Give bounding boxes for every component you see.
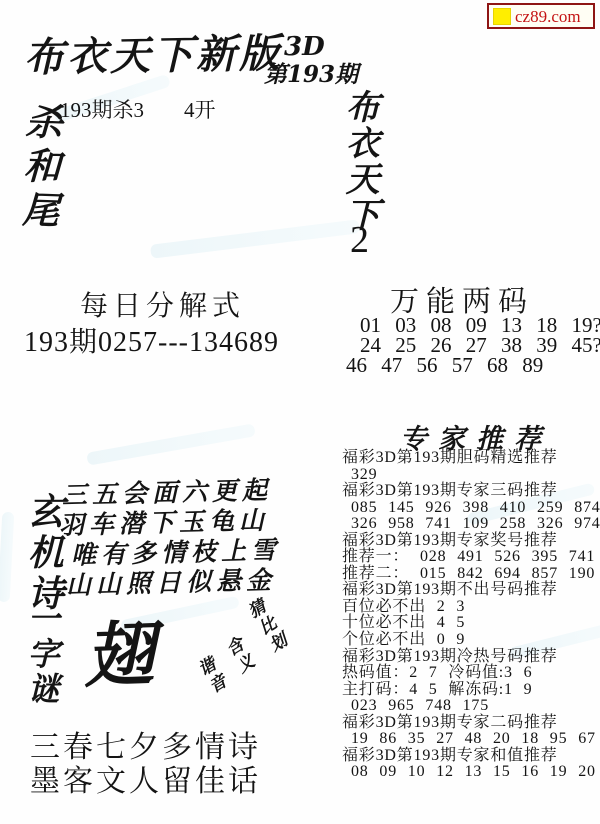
expert-line: 个位必不出 0 9 — [342, 632, 598, 649]
site-badge[interactable]: cz89.com — [487, 3, 595, 29]
daily-decompose-formula: 193期0257---134689 — [24, 320, 279, 360]
expert-line: 326 958 741 109 258 326 974 — [342, 516, 598, 533]
open-text: 4开 — [184, 98, 216, 122]
expert-line: 福彩3D第193期专家三码推荐 — [342, 483, 598, 500]
kill-sum-tail-vertical: 杀和尾 — [20, 99, 65, 232]
expert-line: 08 09 10 12 13 15 16 19 20 — [342, 764, 598, 781]
issue-label: 第193期 — [264, 56, 358, 89]
kill-text: 193期杀3 — [60, 98, 144, 122]
buyi-tianxia-vertical: 布衣天下 — [344, 90, 381, 234]
two-codes-row: 46 47 56 57 68 89 — [346, 355, 600, 375]
expert-line: 推荐二： 015 842 694 857 190 — [342, 566, 598, 583]
expert-recommendations: 福彩3D第193期胆码精选推荐 329 福彩3D第193期专家三码推荐 085 … — [342, 450, 598, 781]
kill-info-line: 193期杀34开 — [60, 94, 216, 124]
expert-line: 福彩3D第193期专家二码推荐 — [342, 715, 598, 732]
expert-line: 085 145 926 398 410 259 874 — [342, 500, 598, 517]
expert-line: 百位必不出 2 3 — [342, 599, 598, 616]
riddle-character: 翅 — [83, 619, 155, 691]
expert-line: 推荐一： 028 491 526 395 741 — [342, 549, 598, 566]
expert-line: 福彩3D第193期冷热号码推荐 — [342, 649, 598, 666]
riddle-label: 一字谜 — [26, 602, 61, 707]
watermark — [150, 219, 360, 258]
expert-line: 热码值：2 7 冷码值:3 6 — [342, 665, 598, 682]
bottom-poem-line: 墨客文人留佳话 — [30, 756, 261, 800]
two-codes-table: 01 03 08 09 13 18 19? 24 25 26 27 38 39 … — [346, 315, 600, 375]
site-badge-link[interactable]: cz89.com — [515, 8, 581, 25]
expert-line: 福彩3D第193期专家奖号推荐 — [342, 533, 598, 550]
expert-line: 19 86 35 27 48 20 18 95 67 — [342, 731, 598, 748]
mystery-poem: 三五会面六更起 羽车潜下玉龟山 唯有多情枝上雪 山山照日似悬金 — [62, 478, 281, 598]
expert-line: 329 — [342, 467, 598, 484]
mystery-poem-line: 山山照日似悬金 — [66, 565, 282, 601]
expert-line: 福彩3D第193期不出号码推荐 — [342, 582, 598, 599]
tip-sheet-page: cz89.com 布衣天下新版 3D 第193期 193期杀34开 杀和尾 布衣… — [0, 0, 600, 824]
yellow-square-icon — [493, 8, 511, 25]
volume-number: 2 — [350, 218, 369, 262]
main-title: 布衣天下新版 — [24, 22, 283, 83]
two-codes-row: 01 03 08 09 13 18 19? — [346, 315, 600, 335]
watermark — [0, 512, 14, 603]
expert-line: 主打码：4 5 解冻码:1 9 — [342, 682, 598, 699]
expert-line: 福彩3D第193期胆码精选推荐 — [342, 450, 598, 467]
expert-line: 十位必不出 4 5 — [342, 615, 598, 632]
watermark — [86, 423, 256, 465]
two-codes-row: 24 25 26 27 38 39 45? — [346, 335, 600, 355]
expert-line: 023 965 748 175 — [342, 698, 598, 715]
daily-decompose-title: 每日分解式 — [80, 284, 245, 324]
expert-line: 福彩3D第193期专家和值推荐 — [342, 748, 598, 765]
